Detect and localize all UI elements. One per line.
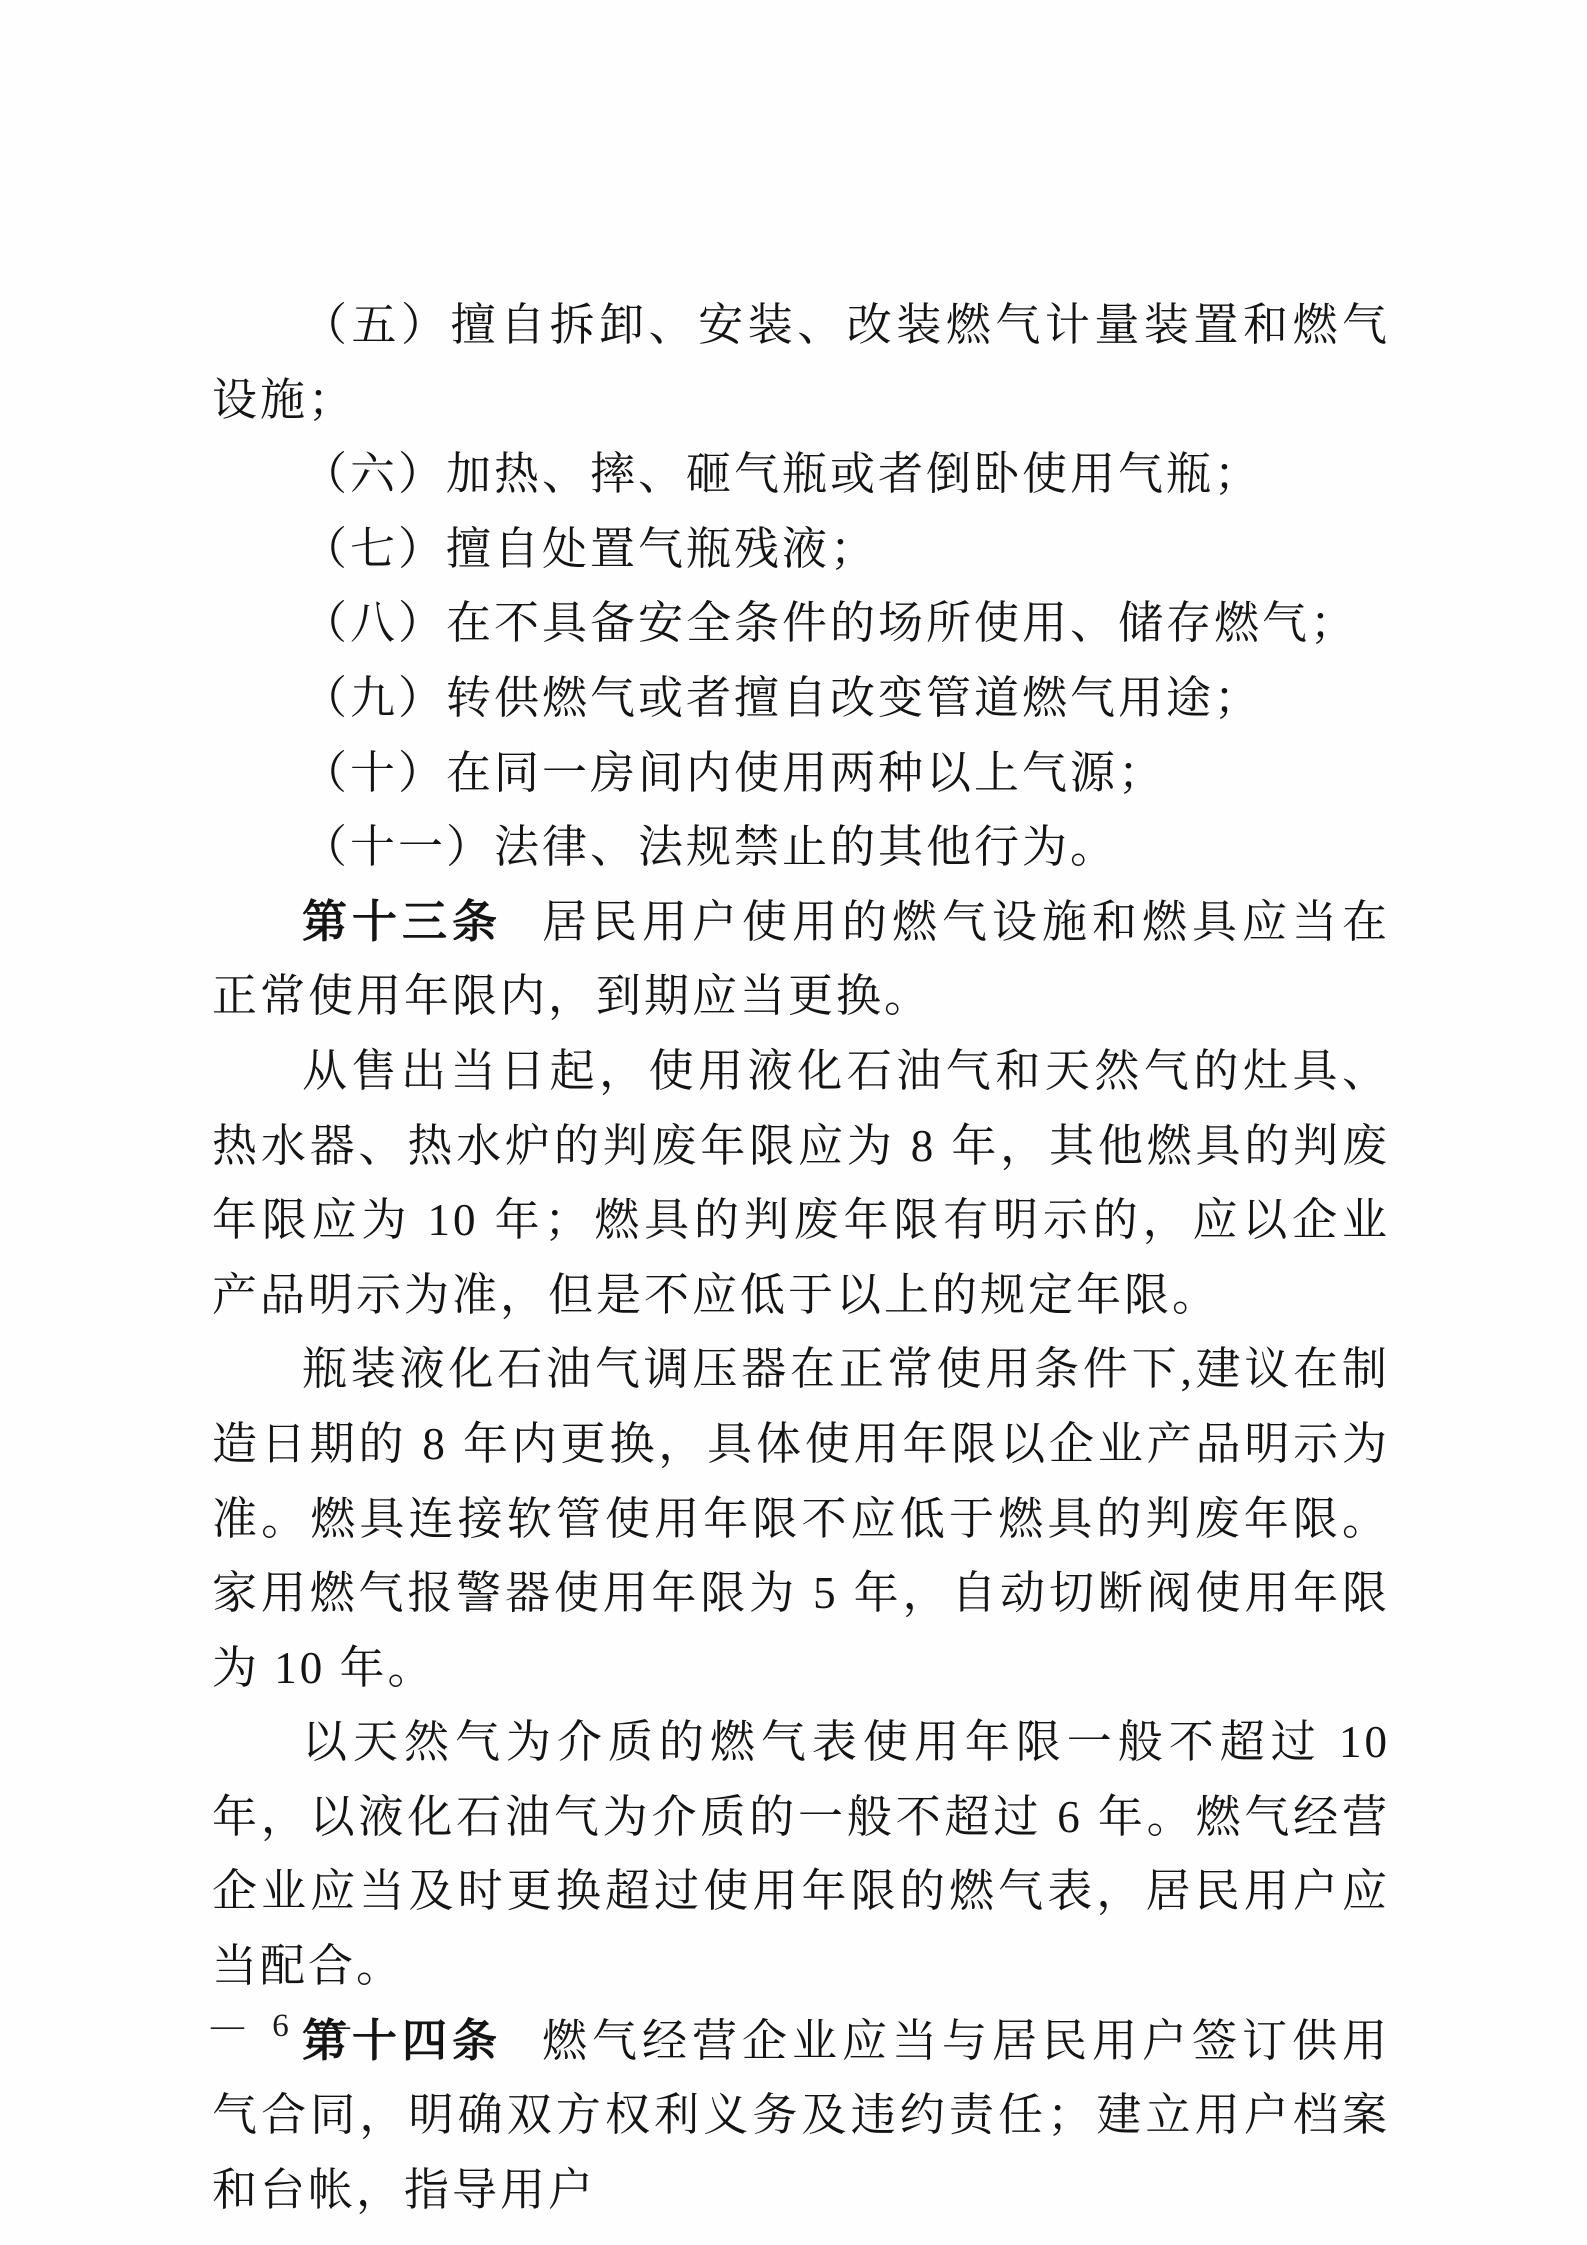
document-body: （五）擅自拆卸、安装、改装燃气计量装置和燃气设施； （六）加热、摔、砸气瓶或者倒…	[212, 288, 1390, 2227]
list-item-8: （八）在不具备安全条件的场所使用、储存燃气；	[212, 586, 1390, 661]
body-paragraph: 瓶装液化石油气调压器在正常使用条件下,建议在制造日期的 8 年内更换，具体使用年…	[212, 1332, 1390, 1705]
list-item-9: （九）转供燃气或者擅自改变管道燃气用途；	[212, 661, 1390, 736]
body-paragraph: 以天然气为介质的燃气表使用年限一般不超过 10 年，以液化石油气为介质的一般不超…	[212, 1705, 1390, 2003]
article-13-paragraph: 第十三条居民用户使用的燃气设施和燃具应当在正常使用年限内，到期应当更换。	[212, 885, 1390, 1034]
list-item-5: （五）擅自拆卸、安装、改装燃气计量装置和燃气设施；	[212, 288, 1390, 437]
list-item-7: （七）擅自处置气瓶残液；	[212, 512, 1390, 587]
list-item-11: （十一）法律、法规禁止的其他行为。	[212, 810, 1390, 885]
list-item-10: （十）在同一房间内使用两种以上气源；	[212, 736, 1390, 811]
article-14-paragraph: 第十四条燃气经营企业应当与居民用户签订供用气合同，明确双方权利义务及违约责任；建…	[212, 2004, 1390, 2228]
list-item-6: （六）加热、摔、砸气瓶或者倒卧使用气瓶；	[212, 437, 1390, 512]
article-13-heading: 第十三条	[302, 897, 502, 947]
body-paragraph: 从售出当日起，使用液化石油气和天然气的灶具、热水器、热水炉的判废年限应为 8 年…	[212, 1034, 1390, 1332]
page-number: — 6 —	[211, 2008, 360, 2045]
document-page: （五）擅自拆卸、安装、改装燃气计量装置和燃气设施； （六）加热、摔、砸气瓶或者倒…	[0, 0, 1587, 2245]
